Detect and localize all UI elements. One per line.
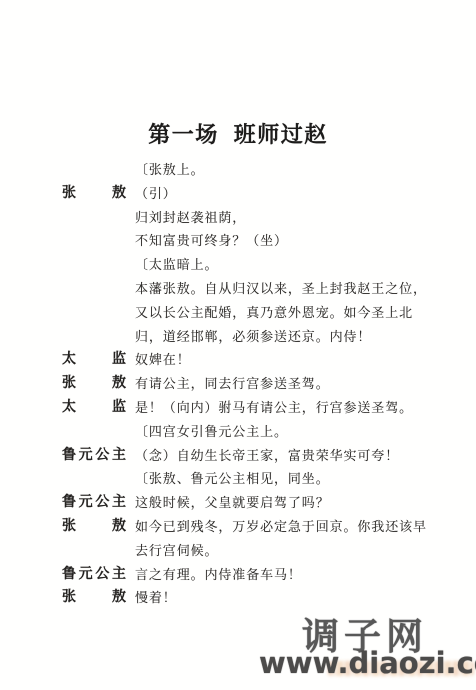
script-line: 张敖 （引）: [62, 182, 437, 206]
line-text: 不知富贵可终身？（坐）: [135, 229, 288, 253]
line-text: 〔张敖上。: [135, 158, 205, 182]
scene-title: 第一场班师过赵: [0, 118, 476, 149]
script-line: 又以长公主配婚，真乃意外恩宠。如今圣上北: [62, 301, 437, 325]
speaker-name: 张敖: [62, 515, 126, 539]
line-text: 〔张敖、鲁元公主相见，同坐。: [135, 467, 330, 491]
script-line: 〔张敖上。: [62, 158, 437, 182]
watermark-site-name: 调子网: [302, 606, 428, 660]
scanned-script-page: 第一场班师过赵 〔张敖上。 张敖 （引） 归刘封赵袭祖荫， 不知富贵可终身？（坐…: [0, 0, 476, 690]
scene-name: 班师过赵: [234, 122, 328, 147]
line-text: （引）: [135, 182, 177, 206]
script-line: 张敖 慢着！: [62, 586, 437, 610]
script-line: 〔张敖、鲁元公主相见，同坐。: [62, 467, 437, 491]
line-text: 有请公主，同去行宫参送圣驾。: [135, 372, 330, 396]
line-text: 归，道经邯郸，必须参送还京。内侍！: [135, 325, 371, 349]
script-line: 本藩张敖。自从归汉以来，圣上封我赵王之位，: [62, 277, 437, 301]
line-text: 去行宫伺候。: [135, 539, 218, 563]
speaker-name: 张敖: [62, 372, 126, 396]
scene-number: 第一场: [148, 122, 219, 147]
line-text: 如今已到残冬，万岁必定急于回京。你我还该早: [135, 515, 427, 539]
speaker-name: 张敖: [62, 182, 126, 206]
speaker-name: 鲁元公主: [62, 491, 126, 515]
line-text: 〔四宫女引鲁元公主上。: [135, 420, 288, 444]
script-line: 不知富贵可终身？（坐）: [62, 229, 437, 253]
script-line: 归刘封赵袭祖荫，: [62, 206, 437, 230]
speaker-name: 鲁元公主: [62, 444, 126, 468]
script-line: 鲁元公主 这般时候，父皇就要启驾了吗？: [62, 491, 437, 515]
script-line: 〔四宫女引鲁元公主上。: [62, 420, 437, 444]
script-line: 〔太监暗上。: [62, 253, 437, 277]
speaker-name: 太监: [62, 396, 126, 420]
script-line: 鲁元公主 （念）自幼生长帝王家，富贵荣华实可夸！: [62, 444, 437, 468]
script-line: 张敖 如今已到残冬，万岁必定急于回京。你我还该早: [62, 515, 437, 539]
line-text: 〔太监暗上。: [135, 253, 218, 277]
script-line: 归，道经邯郸，必须参送还京。内侍！: [62, 325, 437, 349]
script-line: 去行宫伺候。: [62, 539, 437, 563]
script-line: 太监 奴婢在！: [62, 348, 437, 372]
speaker-name: 太监: [62, 348, 126, 372]
script-body: 〔张敖上。 张敖 （引） 归刘封赵袭祖荫， 不知富贵可终身？（坐） 〔太监暗上。…: [62, 158, 437, 610]
line-text: 奴婢在！: [135, 348, 191, 372]
line-text: 慢着！: [135, 586, 177, 610]
line-text: 这般时候，父皇就要启驾了吗？: [135, 491, 330, 515]
script-line: 太监 是！（向内）驸马有请公主，行宫参送圣驾。: [62, 396, 437, 420]
script-line: 鲁元公主 言之有理。内侍准备车马！: [62, 563, 437, 587]
line-text: （念）自幼生长帝王家，富贵荣华实可夸！: [135, 444, 399, 468]
watermark-site-url: www.diaozi.com: [259, 646, 476, 680]
line-text: 言之有理。内侍准备车马！: [135, 563, 302, 587]
line-text: 是！（向内）驸马有请公主，行宫参送圣驾。: [135, 396, 413, 420]
line-text: 本藩张敖。自从归汉以来，圣上封我赵王之位，: [135, 277, 427, 301]
script-line: 张敖 有请公主，同去行宫参送圣驾。: [62, 372, 437, 396]
watermark-ghost-layer: [328, 661, 474, 676]
speaker-name: 鲁元公主: [62, 563, 126, 587]
speaker-name: 张敖: [62, 586, 126, 610]
line-text: 又以长公主配婚，真乃意外恩宠。如今圣上北: [135, 301, 413, 325]
line-text: 归刘封赵袭祖荫，: [135, 206, 246, 230]
